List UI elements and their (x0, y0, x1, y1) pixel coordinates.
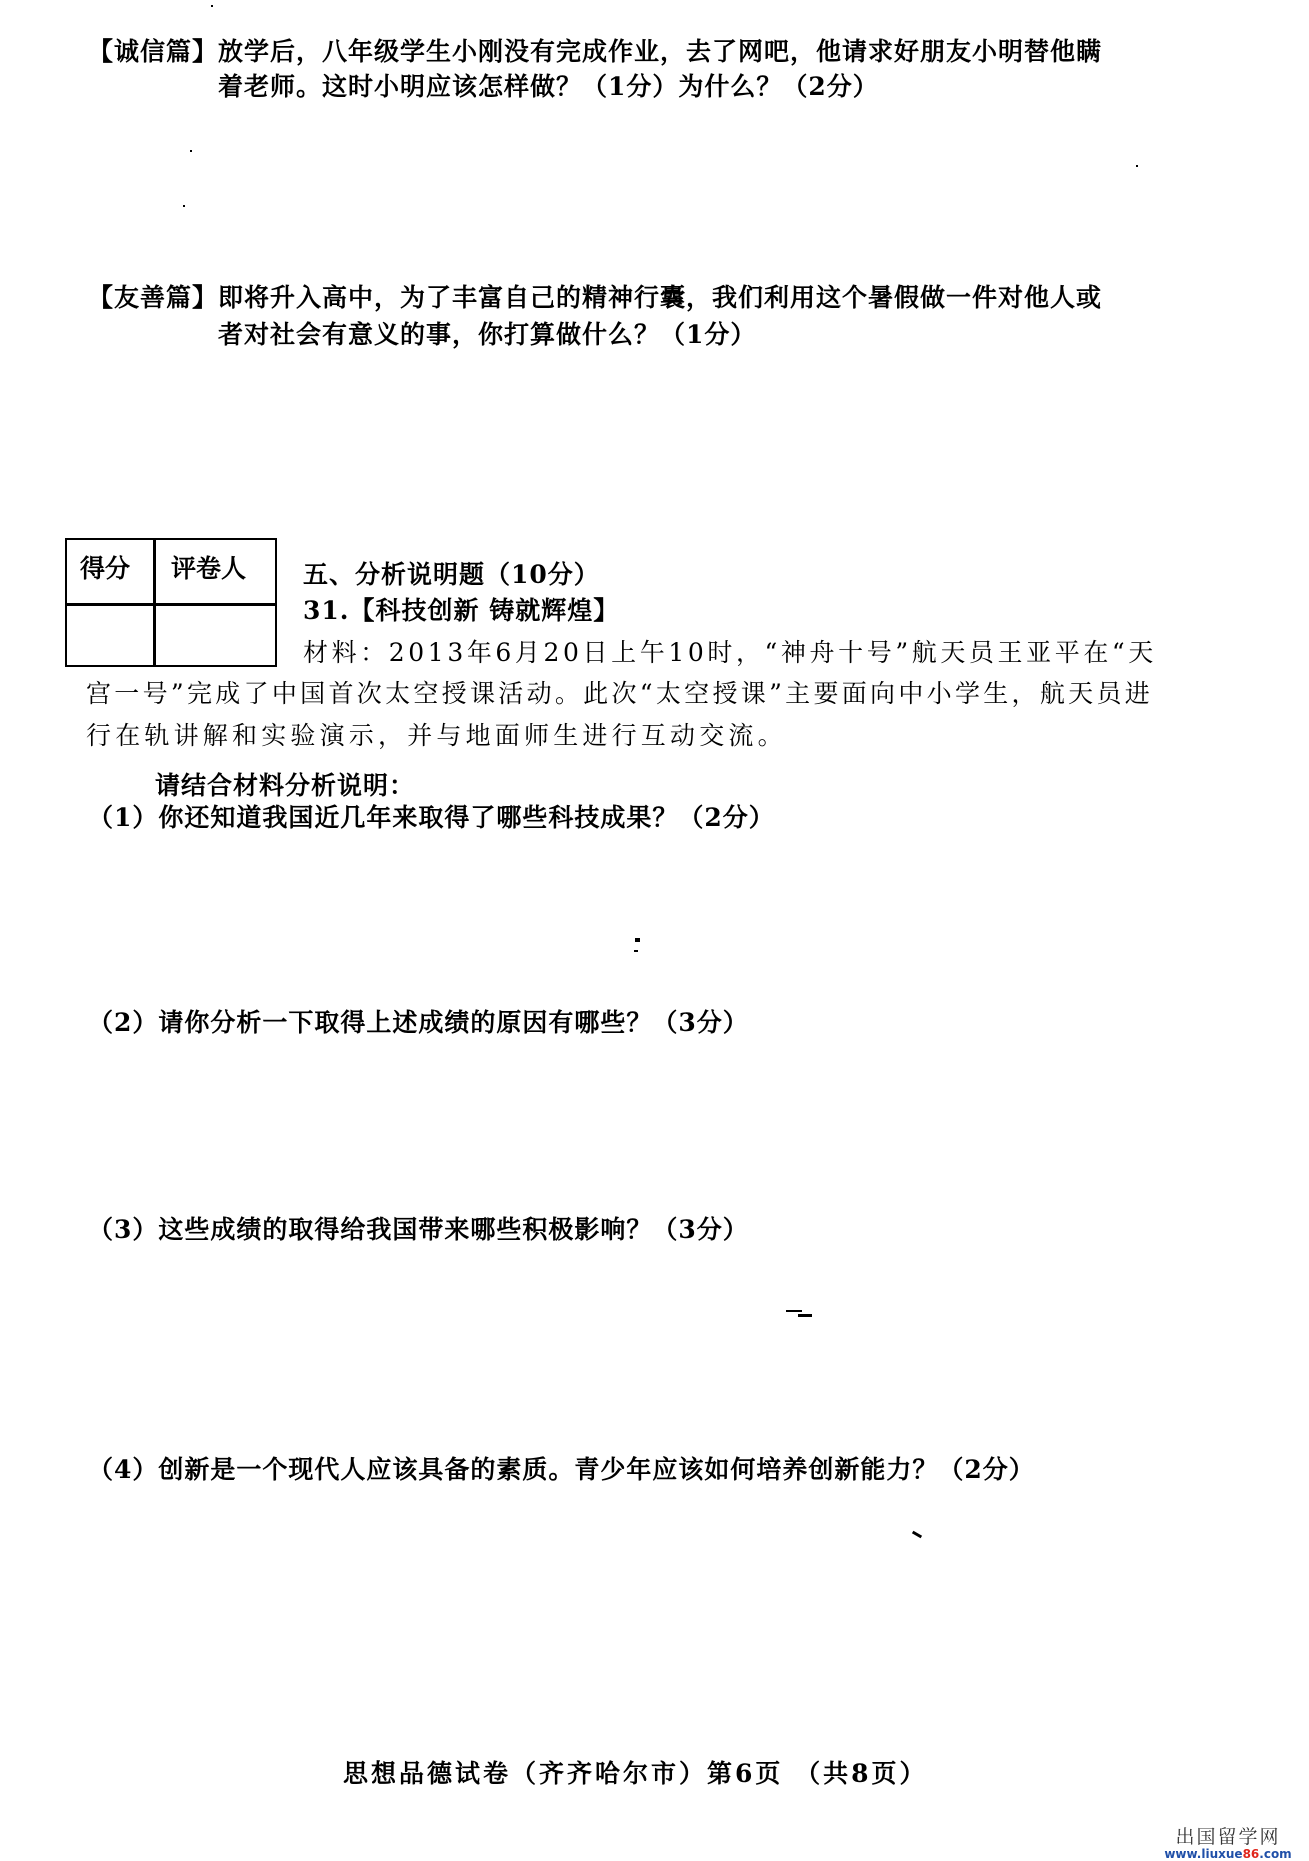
score-header: 得分 (80, 554, 130, 584)
page-footer: 思想品德试卷（齐齐哈尔市）第6页 （共8页） (343, 1757, 928, 1791)
integrity-question-line-1: 放学后，八年级学生小刚没有完成作业，去了网吧，他请求好朋友小明替他瞒 (218, 37, 1102, 67)
scan-speck (183, 205, 185, 207)
scan-speck (786, 1310, 802, 1312)
question-31-title: 31.【科技创新 铸就辉煌】 (303, 596, 619, 626)
watermark-url-number: 86 (1243, 1847, 1260, 1861)
sub-question-2: （2）请你分析一下取得上述成绩的原因有哪些？（3分） (88, 1008, 749, 1038)
scan-speck (634, 950, 638, 952)
watermark: 出国留学网 www.liuxue86.com (1163, 1827, 1293, 1861)
integrity-question-line-2: 着老师。这时小明应该怎样做？（1分）为什么？（2分） (218, 72, 879, 102)
kindness-answer-area[interactable] (218, 360, 1208, 520)
sub-question-1: （1）你还知道我国近几年来取得了哪些科技成果？（2分） (88, 803, 775, 833)
section-title: 五、分析说明题（10分） (303, 560, 600, 590)
grader-field[interactable] (159, 606, 271, 664)
watermark-url-suffix: .com (1259, 1847, 1291, 1861)
material-line-3: 行在轨讲解和实验演示，并与地面师生进行互动交流。 (86, 721, 787, 751)
grader-header: 评卷人 (171, 554, 246, 584)
scan-speck (211, 5, 213, 7)
watermark-site-name: 出国留学网 (1163, 1827, 1293, 1848)
score-box: 得分 评卷人 (65, 538, 277, 667)
scan-speck (798, 1314, 812, 1317)
kindness-section-tag: 【友善篇】 (88, 283, 218, 313)
scan-speck (635, 938, 640, 942)
sub-question-3-answer-area[interactable] (88, 1257, 1208, 1442)
integrity-answer-area[interactable] (218, 110, 1208, 270)
material-line-2: 宫一号”完成了中国首次太空授课活动。此次“太空授课”主要面向中小学生，航天员进 (86, 679, 1153, 709)
score-field[interactable] (69, 606, 151, 664)
sub-question-2-answer-area[interactable] (88, 1050, 1208, 1200)
sub-question-4: （4）创新是一个现代人应该具备的素质。青少年应该如何培养创新能力？（2分） (88, 1455, 1035, 1485)
material-line-1: 材料：2013年6月20日上午10时，“神舟十号”航天员王亚平在“天 (303, 638, 1157, 668)
kindness-question-line-1: 即将升入高中，为了丰富自己的精神行囊，我们利用这个暑假做一件对他人或 (218, 283, 1102, 313)
scan-speck (190, 150, 192, 152)
sub-question-4-answer-area[interactable] (88, 1497, 1208, 1727)
sub-question-1-answer-area[interactable] (88, 845, 1208, 995)
kindness-question-line-2: 者对社会有意义的事，你打算做什么？（1分） (218, 320, 756, 350)
watermark-url-prefix: www.liuxue (1164, 1847, 1242, 1861)
integrity-section-tag: 【诚信篇】 (88, 37, 218, 67)
instruction-text: 请结合材料分析说明： (155, 771, 415, 801)
scan-speck (1136, 165, 1138, 167)
watermark-url: www.liuxue86.com (1163, 1848, 1293, 1861)
sub-question-3: （3）这些成绩的取得给我国带来哪些积极影响？（3分） (88, 1215, 749, 1245)
